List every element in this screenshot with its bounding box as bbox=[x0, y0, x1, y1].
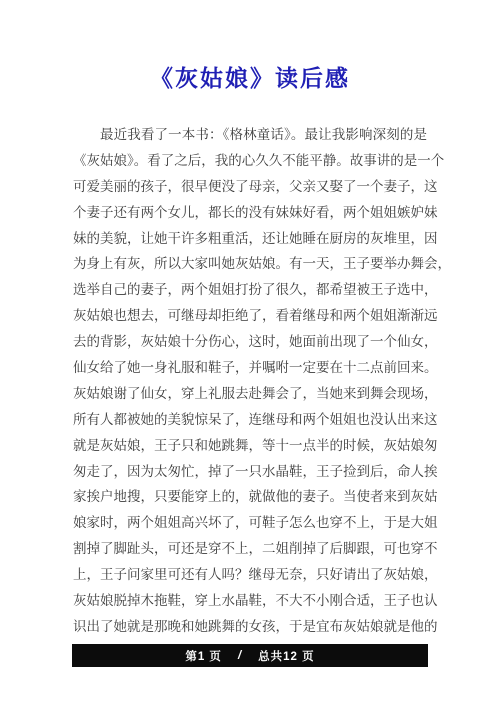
document-title: 《灰姑娘》读后感 bbox=[0, 60, 500, 93]
text-line: 就是灰姑娘，王子只和她跳舞，等十一点半的时候，灰姑娘匆 bbox=[73, 433, 427, 459]
footer-separator: / bbox=[238, 650, 242, 662]
text-line: 识出了她就是那晚和她跳舞的女孩，于是宜布灰姑娘就是他的 bbox=[73, 614, 427, 640]
text-line: 灰姑娘脱掉木拖鞋，穿上水晶鞋，不大不小刚合适，王子也认 bbox=[73, 588, 427, 614]
text-line: 为身上有灰，所以大家叫她灰姑娘。有一天，王子要举办舞会， bbox=[73, 251, 427, 277]
text-line: 娘家时，两个姐姐高兴坏了，可鞋子怎么也穿不上，于是大姐 bbox=[73, 510, 427, 536]
text-line: 选举自己的妻子，两个姐姐打扮了很久，都希望被王子选中， bbox=[73, 277, 427, 303]
text-line: 所有人都被她的美貌惊呆了，连继母和两个姐姐也没认出来这 bbox=[73, 407, 427, 433]
text-line: 《灰姑娘》。看了之后，我的心久久不能平静。故事讲的是一个 bbox=[73, 148, 427, 174]
text-line: 最近我看了一本书：《格林童话》。最让我影响深刻的是 bbox=[73, 122, 427, 148]
text-line: 可爱美丽的孩子，很早便没了母亲，父亲又娶了一个妻子，这 bbox=[73, 174, 427, 200]
text-line: 仙女给了她一身礼服和鞋子，并嘱咐一定要在十二点前回来。 bbox=[73, 355, 427, 381]
text-line: 去的背影，灰姑娘十分伤心，这时，她面前出现了一个仙女， bbox=[73, 329, 427, 355]
text-line: 个妻子还有两个女儿，都长的没有妹妹好看，两个姐姐嫉妒妹 bbox=[73, 200, 427, 226]
text-line: 上，王子问家里可还有人吗？继母无奈，只好请出了灰姑娘， bbox=[73, 562, 427, 588]
footer-page-total: 总共12 页 bbox=[258, 648, 315, 664]
text-line: 割掉了脚趾头，可还是穿不上，二姐削掉了后脚跟，可也穿不 bbox=[73, 536, 427, 562]
text-line: 灰姑娘也想去，可继母却拒绝了，看着继母和两个姐姐渐渐远 bbox=[73, 303, 427, 329]
text-line: 灰姑娘谢了仙女，穿上礼服去赴舞会了，当她来到舞会现场， bbox=[73, 381, 427, 407]
page-footer-bar: 第1 页 / 总共12 页 bbox=[72, 644, 428, 667]
text-line: 匆走了，因为太匆忙，掉了一只水晶鞋，王子捡到后，命人挨 bbox=[73, 459, 427, 485]
document-body: 最近我看了一本书：《格林童话》。最让我影响深刻的是 《灰姑娘》。看了之后，我的心… bbox=[73, 122, 427, 640]
text-line: 家挨户地搜，只要能穿上的，就做他的妻子。当使者来到灰姑 bbox=[73, 484, 427, 510]
text-line: 妹的美貌，让她干许多粗重活，还让她睡在厨房的灰堆里，因 bbox=[73, 226, 427, 252]
document-page: 《灰姑娘》读后感 最近我看了一本书：《格林童话》。最让我影响深刻的是 《灰姑娘》… bbox=[0, 0, 500, 707]
footer-page-current: 第1 页 bbox=[185, 648, 222, 664]
